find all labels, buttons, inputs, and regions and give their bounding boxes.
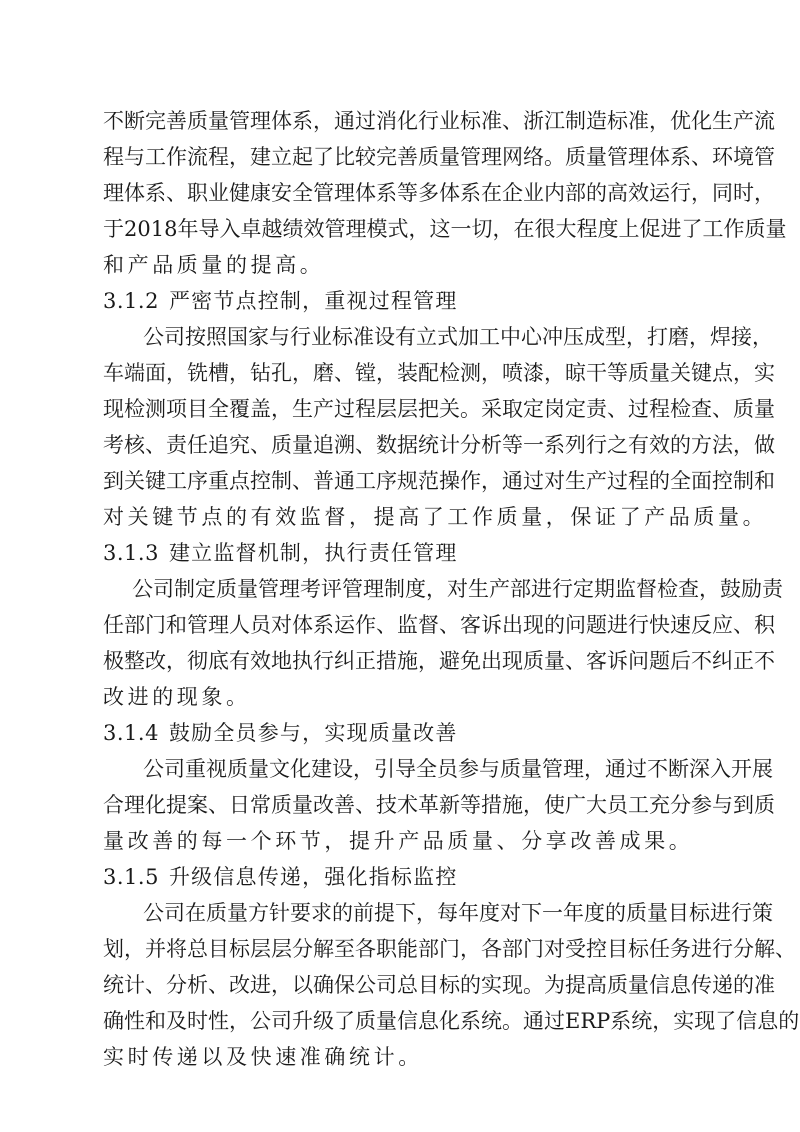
paragraph-quality-system: 不断完善质量管理体系，通过消化行业标准、浙江制造标准，优化生产流 程与工作流程，… xyxy=(103,103,703,283)
text-line: 考核、责任追究、质量追溯、数据统计分析等一系列行之有效的方法，做 xyxy=(103,427,700,463)
document-page: 不断完善质量管理体系，通过消化行业标准、浙江制造标准，优化生产流 程与工作流程，… xyxy=(103,103,703,1075)
text-line: 车端面，铣槽，钻孔，磨、镗，装配检测，喷漆，晾干等质量关键点，实 xyxy=(103,355,700,391)
text-line: 不断完善质量管理体系，通过消化行业标准、浙江制造标准，优化生产流 xyxy=(103,103,700,139)
text-line: 实时传递以及快速准确统计。 xyxy=(103,1039,703,1075)
text-line: 到关键工序重点控制、普通工序规范操作，通过对生产过程的全面控制和 xyxy=(103,463,700,499)
paragraph-participation: 公司重视质量文化建设，引导全员参与质量管理，通过不断深入开展 合理化提案、日常质… xyxy=(103,751,703,859)
section-title: 建立监督机制，执行责任管理 xyxy=(169,541,458,565)
text-line: 公司在质量方针要求的前提下，每年度对下一年度的质量目标进行策 xyxy=(103,895,700,931)
section-number: 3.1.2 xyxy=(103,289,159,313)
section-number: 3.1.4 xyxy=(103,721,159,745)
section-number: 3.1.3 xyxy=(103,541,159,565)
text-line: 现检测项目全覆盖，生产过程层层把关。采取定岗定责、过程检查、质量 xyxy=(103,391,700,427)
text-line: 公司重视质量文化建设，引导全员参与质量管理，通过不断深入开展 xyxy=(103,751,700,787)
paragraph-information: 公司在质量方针要求的前提下，每年度对下一年度的质量目标进行策 划，并将总目标层层… xyxy=(103,895,703,1075)
text-line: 合理化提案、日常质量改善、技术革新等措施，使广大员工充分参与到质 xyxy=(103,787,700,823)
text-line: 划，并将总目标层层分解至各职能部门，各部门对受控目标任务进行分解、 xyxy=(103,931,700,967)
text-line: 对关键节点的有效监督，提高了工作质量，保证了产品质量。 xyxy=(103,499,703,535)
text-line: 改进的现象。 xyxy=(103,679,703,715)
text-line: 公司按照国家与行业标准设有立式加工中心冲压成型，打磨，焊接， xyxy=(103,319,700,355)
text-line: 于2018年导入卓越绩效管理模式，这一切，在很大程度上促进了工作质量 xyxy=(103,211,700,247)
paragraph-supervision: 公司制定质量管理考评管理制度，对生产部进行定期监督检查，鼓励责 任部门和管理人员… xyxy=(103,571,703,715)
text-line: 理体系、职业健康安全管理体系等多体系在企业内部的高效运行，同时， xyxy=(103,175,700,211)
section-number: 3.1.5 xyxy=(103,865,159,889)
section-title: 鼓励全员参与，实现质量改善 xyxy=(169,721,458,745)
text-line: 任部门和管理人员对体系运作、监督、客诉出现的问题进行快速反应、积 xyxy=(103,607,700,643)
text-line: 极整改，彻底有效地执行纠正措施，避免出现质量、客诉问题后不纠正不 xyxy=(103,643,700,679)
section-title: 升级信息传递，强化指标监控 xyxy=(169,865,458,889)
section-heading-3-1-4: 3.1.4鼓励全员参与，实现质量改善 xyxy=(103,715,703,751)
text-line: 统计、分析、改进，以确保公司总目标的实现。为提高质量信息传递的准 xyxy=(103,967,700,1003)
section-heading-3-1-2: 3.1.2严密节点控制，重视过程管理 xyxy=(103,283,703,319)
section-heading-3-1-3: 3.1.3建立监督机制，执行责任管理 xyxy=(103,535,703,571)
text-line: 量改善的每一个环节，提升产品质量、分享改善成果。 xyxy=(103,823,703,859)
text-line: 程与工作流程，建立起了比较完善质量管理网络。质量管理体系、环境管 xyxy=(103,139,700,175)
text-line: 和产品质量的提高。 xyxy=(103,247,703,283)
text-line: 公司制定质量管理考评管理制度，对生产部进行定期监督检查，鼓励责 xyxy=(103,571,700,607)
section-heading-3-1-5: 3.1.5升级信息传递，强化指标监控 xyxy=(103,859,703,895)
paragraph-process-control: 公司按照国家与行业标准设有立式加工中心冲压成型，打磨，焊接， 车端面，铣槽，钻孔… xyxy=(103,319,703,535)
text-line: 确性和及时性，公司升级了质量信息化系统。通过ERP系统，实现了信息的 xyxy=(103,1003,700,1039)
section-title: 严密节点控制，重视过程管理 xyxy=(169,289,458,313)
